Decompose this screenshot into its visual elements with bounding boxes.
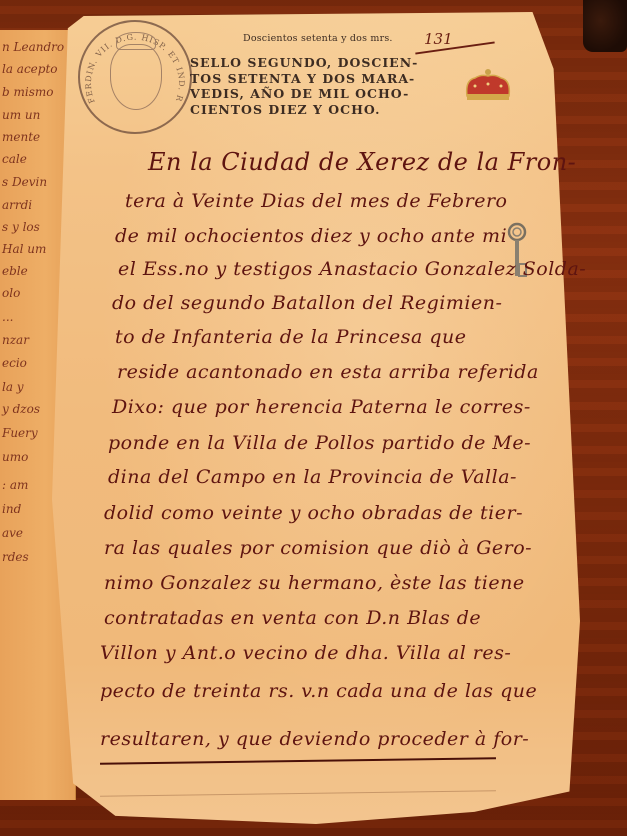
left-fragment: Fuery [2, 426, 38, 440]
left-fragment: la acepto [2, 62, 58, 76]
handwritten-line: pecto de treinta rs. v.n cada una de las… [100, 680, 537, 702]
left-fragment: ecio [2, 356, 27, 370]
handwritten-line: do del segundo Batallon del Regimien- [112, 292, 502, 314]
left-fragment: s Devin [2, 175, 47, 189]
stamp-line: VEDIS, AÑO DE MIL OCHO- [190, 86, 470, 102]
coat-of-arms-icon [110, 44, 162, 110]
handwritten-line: resultaren, y que deviendo proceder à fo… [100, 728, 529, 750]
handwritten-line: ponde en la Villa de Pollos partido de M… [108, 432, 531, 454]
handwritten-line: Villon y Ant.o vecino de dha. Villa al r… [100, 642, 511, 664]
handwritten-line: reside acantonado en esta arriba referid… [117, 361, 539, 383]
left-fragment: y dzos [2, 402, 40, 416]
left-fragment: umo [2, 450, 28, 464]
left-fragment: ind [2, 502, 21, 516]
handwritten-line: tera à Veinte Dias del mes de Febrero [125, 190, 508, 212]
stamp-line: TOS SETENTA Y DOS MARA- [190, 71, 470, 87]
handwritten-line: to de Infanteria de la Princesa que [115, 326, 467, 348]
handwritten-line: el Ess.no y testigos Anastacio Gonzalez … [118, 258, 586, 280]
left-fragment: cale [2, 152, 27, 166]
handwritten-line: nimo Gonzalez su hermano, èste las tiene [104, 572, 525, 594]
left-fragment: arrdi [2, 198, 32, 212]
left-fragment: um un [2, 108, 40, 122]
handwritten-line: de mil ochocientos diez y ocho ante mi [115, 225, 507, 247]
royal-seal-stamp: FERDIN. VII. D.G. HISP. ET IND. REX [78, 20, 192, 134]
left-fragment: ... [2, 310, 13, 324]
left-fragment: rdes [2, 550, 29, 564]
folio-number: 131 [424, 30, 453, 48]
left-fragment: b mismo [2, 85, 53, 99]
handwritten-line: dina del Campo en la Provincia de Valla- [108, 466, 517, 488]
sealed-paper-stamp-text: SELLO SEGUNDO, DOSCIEN- TOS SETENTA Y DO… [190, 55, 470, 117]
left-fragment: : am [2, 478, 28, 492]
left-fragment: ave [2, 526, 23, 540]
left-fragment: la y [2, 380, 24, 394]
handwritten-line: Dixo: que por herencia Paterna le corres… [112, 396, 531, 418]
left-fragment: s y los [2, 220, 40, 234]
left-fragment: n Leandro [2, 40, 64, 54]
stamp-line: CIENTOS DIEZ Y OCHO. [190, 102, 470, 118]
red-crown-icon [463, 68, 513, 102]
left-fragment: mente [2, 130, 40, 144]
handwritten-line: En la Ciudad de Xerez de la Fron- [148, 148, 576, 176]
stamp-line: SELLO SEGUNDO, DOSCIEN- [190, 55, 470, 71]
left-fragment: Hal um [2, 242, 46, 256]
dark-book-corner [583, 0, 627, 52]
left-fragment: eble [2, 264, 28, 278]
handwritten-line: ra las quales por comision que diò à Ger… [104, 537, 532, 559]
left-fragment: nzar [2, 333, 29, 347]
handwritten-line: dolid como veinte y ocho obradas de tier… [104, 502, 523, 524]
handwritten-line: contratadas en venta con D.n Blas de [104, 607, 481, 629]
stamp-price-line: Doscientos setenta y dos mrs. [243, 33, 393, 44]
left-fragment: olo [2, 286, 20, 300]
